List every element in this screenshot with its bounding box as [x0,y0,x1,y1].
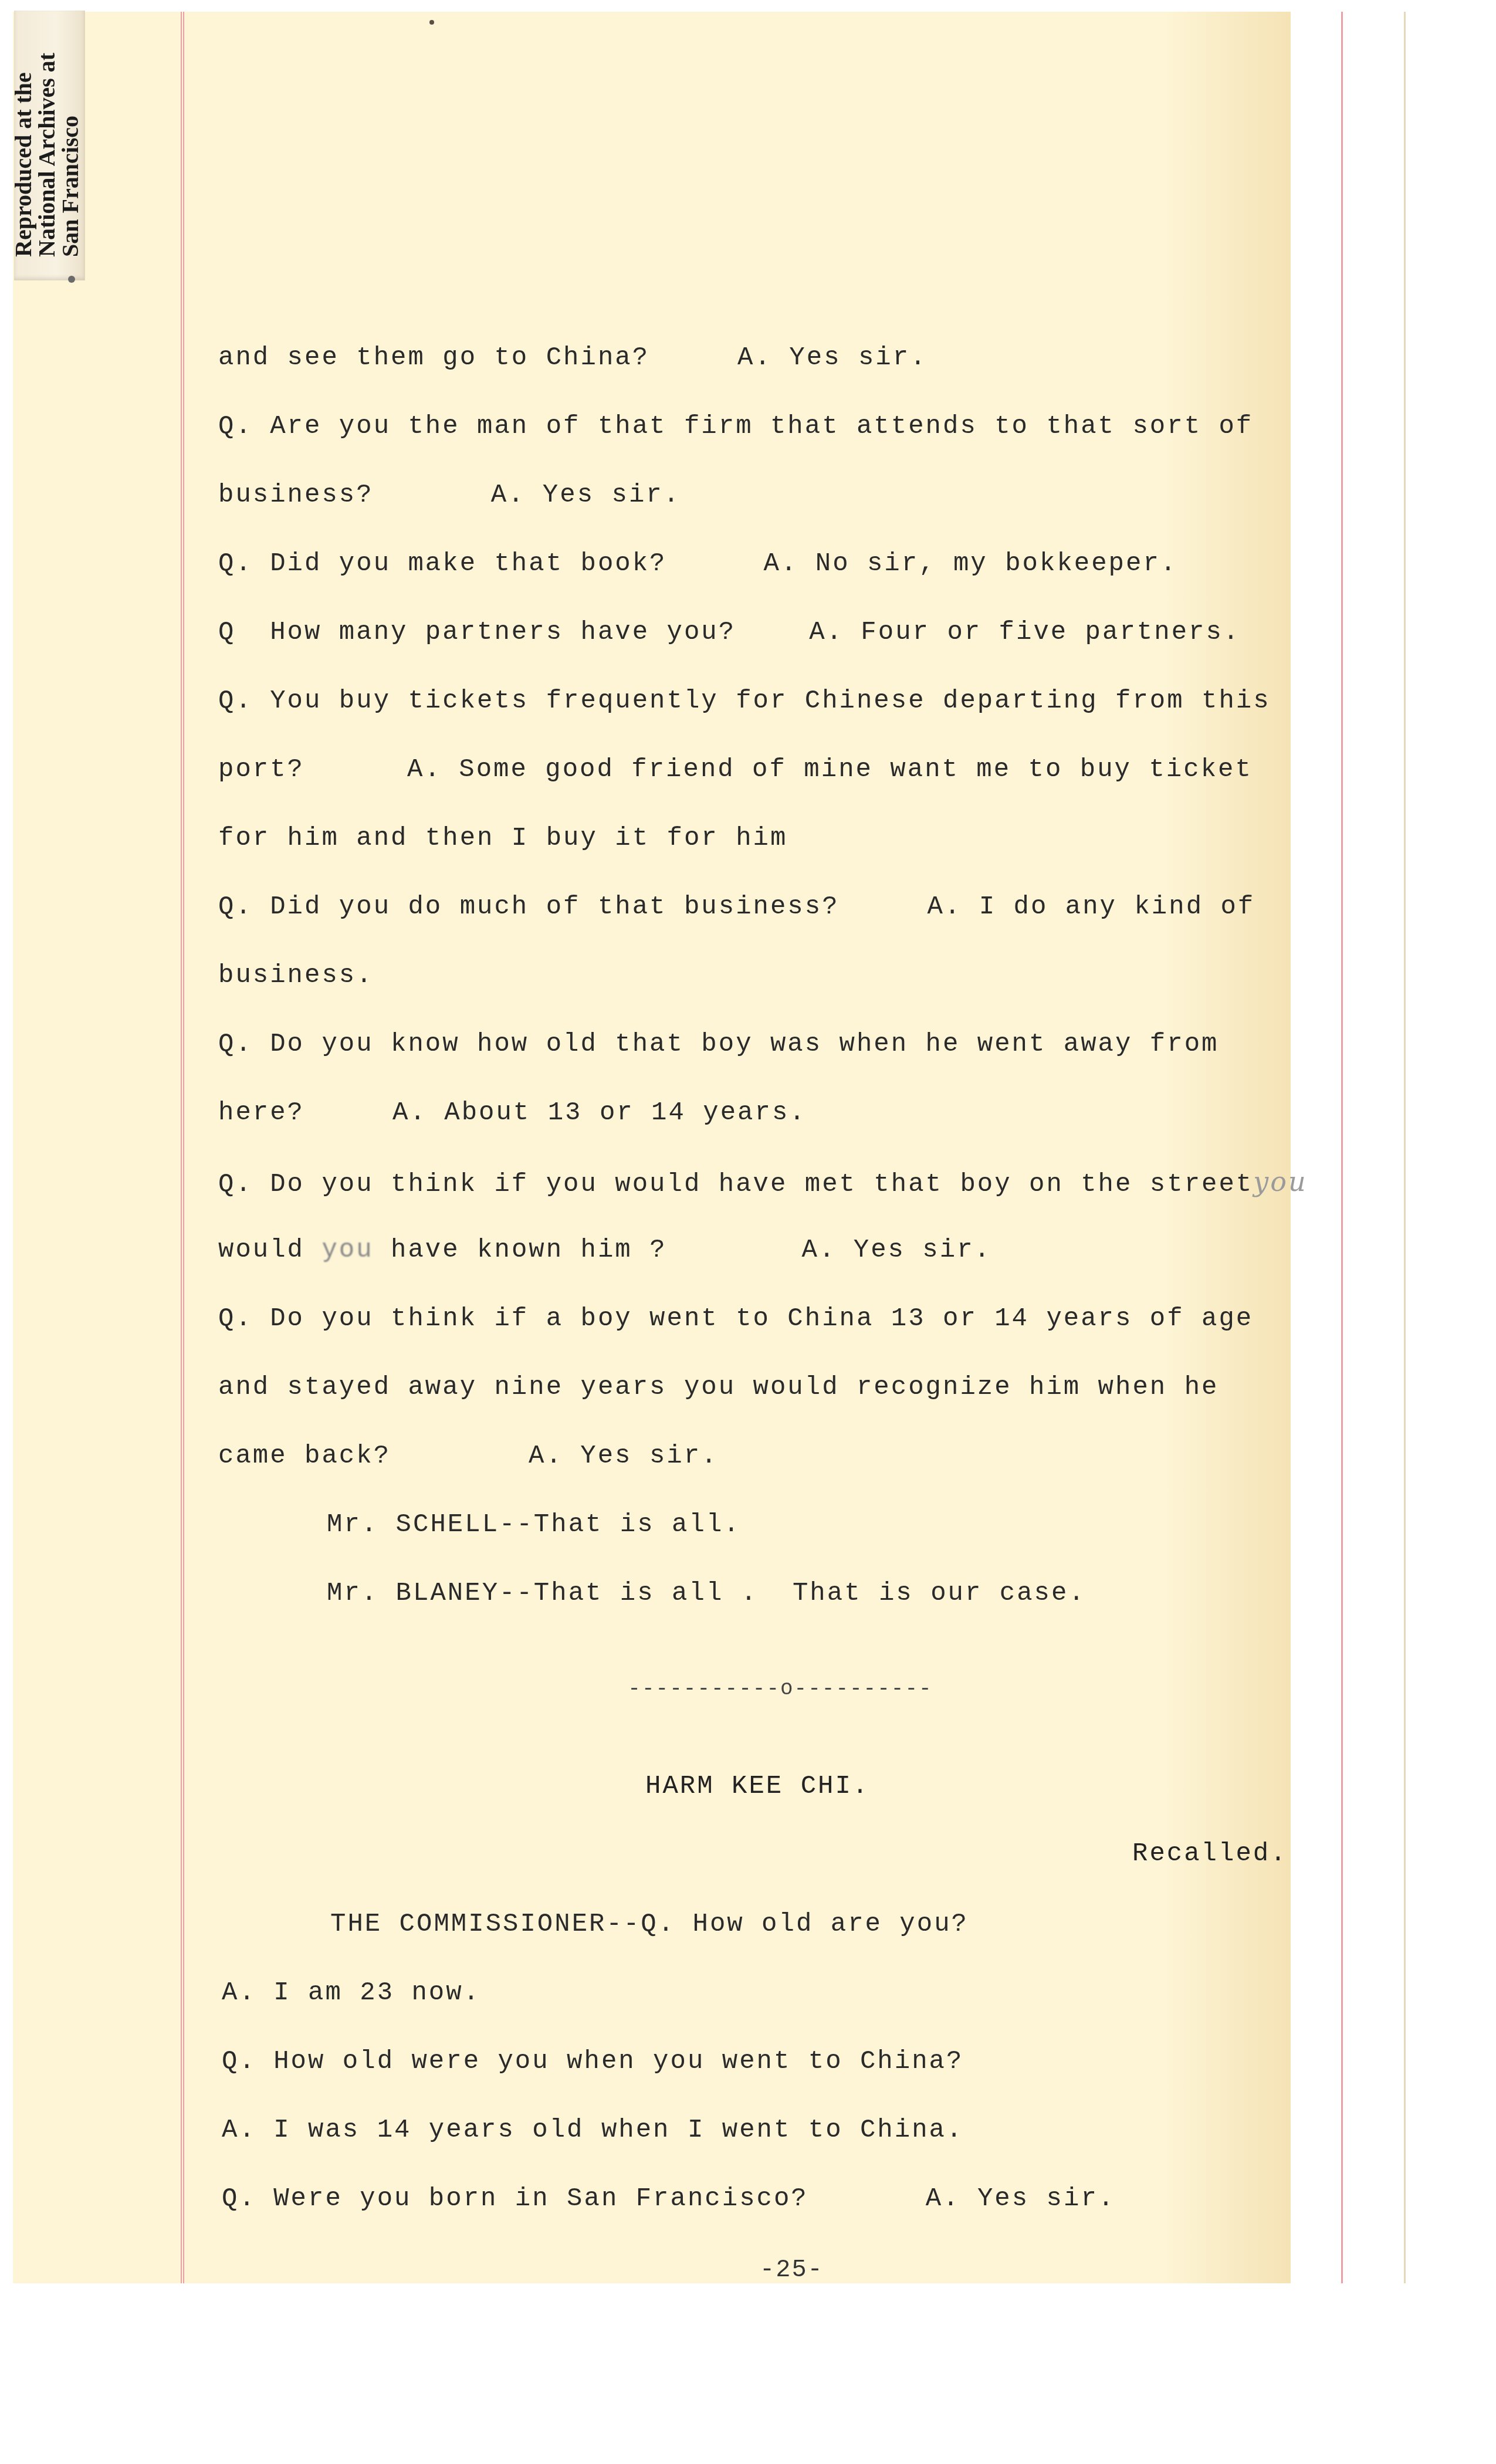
transcript-line: Q. How old were you when you went to Chi… [222,2044,1336,2113]
transcript-line: Mr. SCHELL--That is all. [218,1507,1333,1576]
line-text: Q. You buy tickets frequently for Chines… [218,686,1271,716]
transcript-line: here?A. About 13 or 14 years. [218,1095,1333,1164]
line-text: Mr. SCHELL--That is all. [327,1510,741,1539]
answer-text: A. Yes sir. [529,1441,718,1471]
struck-out-text: you [321,1236,373,1265]
line-text: Q. Were you born in San Francisco? [222,2184,808,2213]
staple-icon [68,276,75,283]
answer-text: A. Yes sir. [802,1236,991,1265]
left-margin-rule [181,12,184,2283]
transcript-line: A. I am 23 now. [222,1975,1336,2044]
answer-text: A. Yes sir. [737,343,927,373]
transcript-line: for him and then I buy it for him [218,821,1333,889]
line-text: Q. Do you know how old that boy was when… [218,1030,1219,1059]
line-text: Q. How old were you when you went to Chi… [222,2047,963,2076]
transcript-line: Mr. BLANEY--That is all . That is our ca… [218,1576,1333,1644]
line-text: Q. Did you do much of that business? [218,892,840,922]
archive-stamp-tab: Reproduced at the National Archives at S… [14,11,85,280]
line-text: here? [218,1098,304,1128]
answer-text: A. Four or five partners. [809,618,1240,647]
line-text: and stayed away nine years you would rec… [218,1373,1219,1402]
transcript-line: Q. Do you know how old that boy was when… [218,1027,1333,1095]
section-divider: -----------o---------- [593,1677,968,1701]
line-text: port? [218,755,304,784]
transcript-body: and see them go to China?A. Yes sir. Q. … [218,340,1333,1644]
transcript-line: Q. Do you think if you would have met th… [218,1164,1333,1233]
transcript-body-continued: THE COMMISSIONER--Q. How old are you? A.… [222,1907,1336,2250]
line-text: for him and then I buy it for him [218,824,787,853]
transcript-line: came back?A. Yes sir. [218,1439,1333,1507]
page-edge [1404,12,1406,2283]
right-margin-rule [1341,12,1343,2283]
answer-text: A. Yes sir. [491,480,681,510]
line-text: Q. Do you think if you would have met th… [218,1170,1253,1199]
line-text: came back? [218,1441,391,1471]
ink-speck [429,20,434,25]
transcript-line: Q. Did you make that book?A. No sir, my … [218,546,1333,615]
witness-status: Recalled. [1132,1839,1288,1869]
transcript-line: A. I was 14 years old when I went to Chi… [222,2113,1336,2181]
transcript-line: Q How many partners have you?A. Four or … [218,615,1333,683]
line-text: business. [218,961,374,990]
transcript-line: business?A. Yes sir. [218,478,1333,546]
transcript-line: and stayed away nine years you would rec… [218,1370,1333,1439]
transcript-line: THE COMMISSIONER--Q. How old are you? [222,1907,1336,1975]
line-text: Q. Did you make that book? [218,549,667,578]
line-text: and see them go to China? [218,343,649,373]
line-text: Q. Are you the man of that firm that att… [218,412,1253,441]
answer-text: A. No sir, my bokkeeper. [764,549,1178,578]
line-text: Q. Do you think if a boy went to China 1… [218,1304,1253,1333]
line-text: business? [218,480,374,510]
answer-text: A. I do any kind of [928,892,1255,922]
answer-text: A. Some good friend of mine want me to b… [407,755,1253,784]
transcript-line: Q. You buy tickets frequently for Chines… [218,683,1333,752]
page-number: -25- [760,2256,824,2284]
transcript-line: Q. Were you born in San Francisco?A. Yes… [222,2181,1336,2250]
line-text: THE COMMISSIONER--Q. How old are you? [330,1910,969,1939]
transcript-line: would you have known him ?A. Yes sir. [218,1233,1333,1301]
answer-text: A. Yes sir. [926,2184,1115,2213]
line-text: Mr. BLANEY--That is all . That is our ca… [327,1579,1086,1608]
transcript-line: Q. Are you the man of that firm that att… [218,409,1333,478]
handwritten-correction: you [1253,1166,1307,1197]
transcript-line: and see them go to China?A. Yes sir. [218,340,1333,409]
line-text: A. I am 23 now. [222,1978,480,2008]
transcript-line: Q. Did you do much of that business?A. I… [218,889,1333,958]
witness-heading: HARM KEE CHI. [645,1772,869,1801]
transcript-line: business. [218,958,1333,1027]
transcript-line: port?A. Some good friend of mine want me… [218,752,1333,821]
line-text: would [218,1236,304,1265]
answer-text: A. About 13 or 14 years. [392,1098,807,1128]
line-text: Q How many partners have you? [218,618,736,647]
line-text: have known him ? [391,1236,666,1265]
transcript-line: Q. Do you think if a boy went to China 1… [218,1301,1333,1370]
archive-stamp-text: Reproduced at the National Archives at S… [35,11,59,257]
line-text: A. I was 14 years old when I went to Chi… [222,2116,963,2145]
